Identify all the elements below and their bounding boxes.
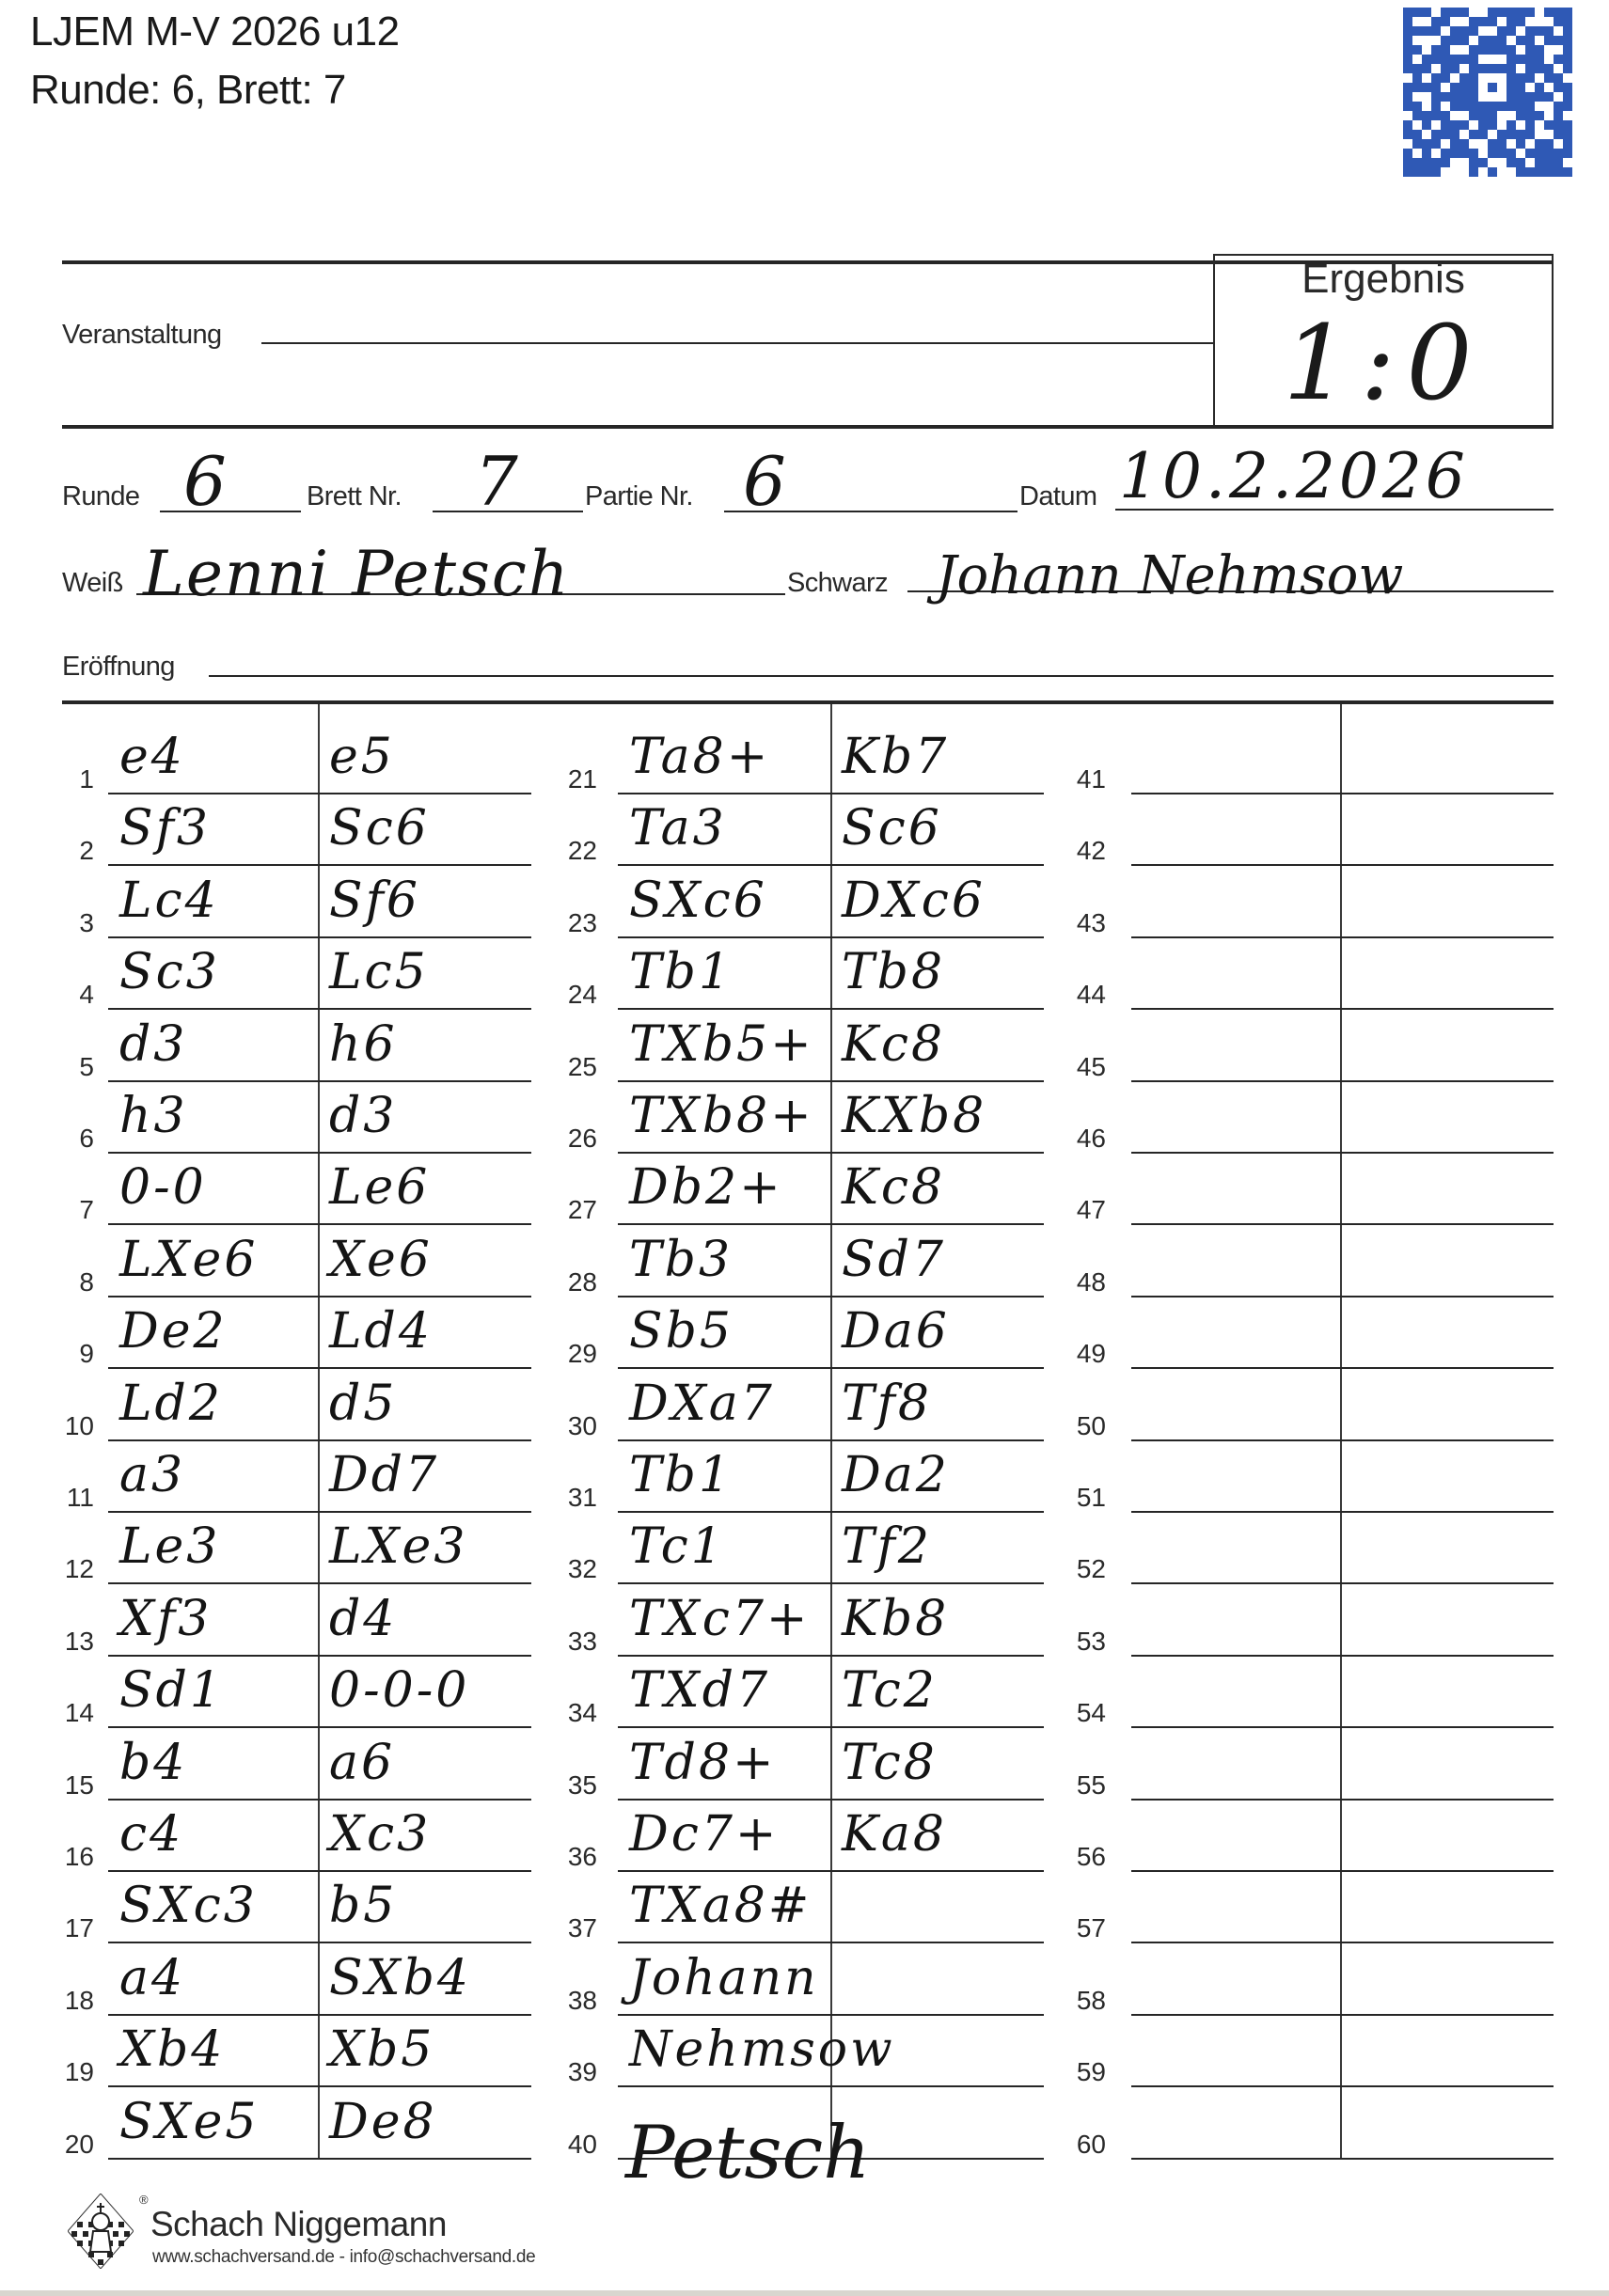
move-number: 10 <box>38 1411 94 1441</box>
column-divider <box>1340 704 1342 2158</box>
move-number: 49 <box>1049 1339 1106 1369</box>
black-move[interactable]: d4 <box>329 1591 397 1647</box>
move-line <box>618 1439 1044 1441</box>
white-move[interactable]: Xb4 <box>119 2021 225 2078</box>
white-move[interactable]: e4 <box>119 729 185 785</box>
date-value: 10.2.2026 <box>1119 440 1469 512</box>
black-move[interactable]: De8 <box>329 2094 437 2150</box>
black-move[interactable]: h6 <box>329 1016 398 1073</box>
black-move[interactable]: Tf8 <box>842 1376 932 1432</box>
black-player-name: Johann Nehmsow <box>936 545 1403 606</box>
result-value[interactable]: 1:0 <box>1215 303 1552 423</box>
qr-code-icon <box>1403 8 1572 177</box>
white-move[interactable]: Nehmsow <box>629 2021 895 2078</box>
move-number: 34 <box>541 1698 597 1728</box>
black-move[interactable]: Sf6 <box>329 873 420 929</box>
form-divider <box>62 425 1554 429</box>
move-number: 58 <box>1049 1986 1106 2016</box>
move-number: 3 <box>38 908 94 938</box>
move-line <box>108 1296 531 1297</box>
move-line <box>618 2085 1044 2087</box>
move-line <box>1131 1799 1554 1801</box>
move-number: 33 <box>541 1627 597 1657</box>
black-move[interactable]: Ld4 <box>329 1303 433 1360</box>
move-line <box>618 1942 1044 1943</box>
date-label: Datum <box>1019 481 1096 512</box>
white-move[interactable]: TXc7+ <box>629 1591 810 1647</box>
black-move[interactable]: Xe6 <box>329 1232 433 1288</box>
move-line <box>1131 1296 1554 1297</box>
move-line <box>618 1870 1044 1872</box>
move-number: 46 <box>1049 1124 1106 1154</box>
white-move[interactable]: Tb1 <box>629 1447 733 1503</box>
white-move[interactable]: a4 <box>119 1950 185 2006</box>
move-line <box>108 864 531 866</box>
move-line <box>618 1367 1044 1369</box>
move-number: 55 <box>1049 1770 1106 1801</box>
move-line <box>108 2158 531 2160</box>
move-line <box>618 1223 1044 1225</box>
black-label: Schwarz <box>787 568 888 599</box>
black-move[interactable]: a6 <box>329 1735 395 1791</box>
move-number: 16 <box>38 1842 94 1872</box>
move-number: 52 <box>1049 1554 1106 1584</box>
move-number: 6 <box>38 1124 94 1154</box>
footer-contact[interactable]: www.schachversand.de - info@schachversan… <box>152 2247 535 2268</box>
event-header-title: LJEM M-V 2026 u12 <box>30 8 400 56</box>
move-line <box>1131 864 1554 866</box>
black-move[interactable]: Da2 <box>842 1447 950 1503</box>
white-move[interactable]: Ld2 <box>119 1376 223 1432</box>
board-label: Brett Nr. <box>307 481 402 512</box>
white-move[interactable]: 0-0 <box>119 1159 207 1216</box>
move-number: 27 <box>541 1195 597 1225</box>
move-number: 2 <box>38 836 94 866</box>
move-line <box>108 2085 531 2087</box>
move-number: 18 <box>38 1986 94 2016</box>
white-move[interactable]: LXe6 <box>119 1232 258 1288</box>
move-number: 30 <box>541 1411 597 1441</box>
move-number: 57 <box>1049 1913 1106 1943</box>
move-number: 53 <box>1049 1627 1106 1657</box>
black-move[interactable]: 0-0-0 <box>329 1662 469 1719</box>
move-line <box>618 1655 1044 1657</box>
move-line <box>1131 1439 1554 1441</box>
page-edge <box>0 2290 1609 2296</box>
move-number: 40 <box>541 2130 597 2160</box>
move-number: 50 <box>1049 1411 1106 1441</box>
move-line <box>108 1942 531 1943</box>
move-line <box>1131 1152 1554 1154</box>
move-number: 23 <box>541 908 597 938</box>
white-move[interactable]: SXe5 <box>119 2094 260 2150</box>
white-move[interactable]: c4 <box>119 1806 183 1863</box>
white-move[interactable]: Sf3 <box>119 800 211 857</box>
white-move[interactable]: d3 <box>119 1016 187 1073</box>
black-move[interactable]: Kb8 <box>842 1591 949 1647</box>
move-number: 36 <box>541 1842 597 1872</box>
round-value: 6 <box>183 442 227 521</box>
white-move[interactable]: Tb3 <box>629 1232 733 1288</box>
black-move[interactable]: Xb5 <box>329 2021 434 2078</box>
move-line <box>1131 1655 1554 1657</box>
move-line <box>1131 1942 1554 1943</box>
move-line <box>108 936 531 938</box>
move-line <box>1131 1582 1554 1584</box>
event-header-round-board: Runde: 6, Brett: 7 <box>30 66 346 115</box>
move-line <box>108 1439 531 1441</box>
move-number: 35 <box>541 1770 597 1801</box>
result-label: Ergebnis <box>1215 256 1552 303</box>
move-line <box>108 1799 531 1801</box>
move-line <box>618 2014 1044 2016</box>
move-number: 24 <box>541 980 597 1010</box>
white-move[interactable]: Sb5 <box>629 1303 734 1360</box>
move-line <box>1131 1726 1554 1728</box>
white-move[interactable]: Lc4 <box>119 873 219 929</box>
black-move[interactable]: Sd7 <box>842 1232 946 1288</box>
white-move[interactable]: TXa8# <box>629 1878 812 1934</box>
move-number: 20 <box>38 2130 94 2160</box>
black-move[interactable]: d5 <box>329 1376 397 1432</box>
move-line <box>1131 1511 1554 1513</box>
white-move[interactable]: TXb8+ <box>629 1088 814 1144</box>
white-move[interactable]: a3 <box>119 1447 185 1503</box>
black-move[interactable]: Ka8 <box>842 1806 947 1863</box>
footer-brand: Schach Niggemann <box>150 2205 447 2244</box>
move-line <box>618 1296 1044 1297</box>
move-number: 12 <box>38 1554 94 1584</box>
registered-mark: ® <box>139 2193 149 2207</box>
game-value: 6 <box>743 442 786 521</box>
black-move[interactable]: Tf2 <box>842 1518 932 1575</box>
move-line <box>618 1799 1044 1801</box>
round-field[interactable] <box>160 511 301 512</box>
move-number: 1 <box>38 764 94 794</box>
move-number: 43 <box>1049 908 1106 938</box>
move-line <box>1131 936 1554 938</box>
white-move[interactable]: Ta8+ <box>629 729 770 785</box>
white-move[interactable]: TXb5+ <box>629 1016 814 1073</box>
move-number: 39 <box>541 2057 597 2087</box>
move-number: 32 <box>541 1554 597 1584</box>
white-move[interactable]: Le3 <box>119 1518 220 1575</box>
black-move[interactable]: Kb7 <box>842 729 949 785</box>
move-line <box>1131 2085 1554 2087</box>
event-label: Veranstaltung <box>62 320 222 351</box>
white-move[interactable]: Tc1 <box>629 1518 725 1575</box>
move-line <box>618 1152 1044 1154</box>
white-move[interactable]: b4 <box>119 1735 187 1791</box>
black-move[interactable]: DXc6 <box>842 873 986 929</box>
black-move[interactable]: SXb4 <box>329 1950 471 2006</box>
move-line <box>1131 2014 1554 2016</box>
black-move[interactable]: e5 <box>329 729 395 785</box>
move-number: 7 <box>38 1195 94 1225</box>
white-move[interactable]: SXc3 <box>119 1878 258 1934</box>
move-line <box>618 1008 1044 1010</box>
move-line <box>618 1582 1044 1584</box>
move-number: 17 <box>38 1913 94 1943</box>
move-number: 14 <box>38 1698 94 1728</box>
move-number: 41 <box>1049 764 1106 794</box>
black-move[interactable]: Kc8 <box>842 1016 945 1073</box>
board-value: 7 <box>475 442 518 521</box>
move-number: 13 <box>38 1627 94 1657</box>
move-line <box>1131 793 1554 794</box>
black-move[interactable]: d3 <box>329 1088 397 1144</box>
move-number: 22 <box>541 836 597 866</box>
move-line <box>108 1582 531 1584</box>
black-move[interactable]: Tc8 <box>842 1735 938 1791</box>
black-move[interactable]: Sc6 <box>842 800 942 857</box>
column-divider <box>318 704 320 2158</box>
move-number: 21 <box>541 764 597 794</box>
move-number: 38 <box>541 1986 597 2016</box>
white-move[interactable]: Ta3 <box>629 800 727 857</box>
move-line <box>108 1223 531 1225</box>
move-line <box>108 1367 531 1369</box>
black-move[interactable]: Kc8 <box>842 1159 945 1216</box>
white-signature: Petsch <box>625 2111 870 2195</box>
black-move[interactable]: Le6 <box>329 1159 430 1216</box>
move-line <box>618 936 1044 938</box>
move-number: 60 <box>1049 2130 1106 2160</box>
white-player-name: Lenni Petsch <box>143 538 570 610</box>
move-line <box>618 1080 1044 1082</box>
move-number: 15 <box>38 1770 94 1801</box>
opening-label: Eröffnung <box>62 652 175 683</box>
move-number: 11 <box>38 1483 94 1513</box>
black-move[interactable]: Tc2 <box>842 1662 938 1719</box>
move-line <box>108 1655 531 1657</box>
white-move[interactable]: Xf3 <box>119 1591 212 1647</box>
move-line <box>618 864 1044 866</box>
move-number: 4 <box>38 980 94 1010</box>
black-move[interactable]: Lc5 <box>329 944 429 1000</box>
white-move[interactable]: SXc6 <box>629 873 767 929</box>
black-move[interactable]: Xc3 <box>329 1806 431 1863</box>
black-move[interactable]: Tb8 <box>842 944 945 1000</box>
black-move[interactable]: KXb8 <box>842 1088 986 1144</box>
game-label: Partie Nr. <box>585 481 693 512</box>
white-move[interactable]: Dc7+ <box>629 1806 779 1863</box>
move-number: 31 <box>541 1483 597 1513</box>
move-number: 54 <box>1049 1698 1106 1728</box>
move-number: 9 <box>38 1339 94 1369</box>
move-number: 56 <box>1049 1842 1106 1872</box>
move-line <box>108 1008 531 1010</box>
move-line <box>108 1870 531 1872</box>
white-move[interactable]: Sd1 <box>119 1662 224 1719</box>
move-line <box>618 1726 1044 1728</box>
result-box: Ergebnis 1:0 <box>1213 254 1554 425</box>
move-number: 19 <box>38 2057 94 2087</box>
chess-king-logo-icon <box>68 2194 134 2269</box>
moves-top-rule <box>62 700 1554 704</box>
move-number: 25 <box>541 1052 597 1082</box>
move-line <box>1131 1008 1554 1010</box>
round-label: Runde <box>62 481 139 512</box>
white-move[interactable]: Db2+ <box>629 1159 783 1216</box>
white-move[interactable]: TXd7 <box>629 1662 770 1719</box>
move-line <box>1131 1223 1554 1225</box>
move-line <box>618 793 1044 794</box>
move-number: 29 <box>541 1339 597 1369</box>
column-divider <box>830 704 832 2158</box>
black-move[interactable]: Da6 <box>842 1303 950 1360</box>
move-line <box>618 1511 1044 1513</box>
move-line <box>1131 2158 1554 2160</box>
white-move[interactable]: Tb1 <box>629 944 733 1000</box>
move-number: 5 <box>38 1052 94 1082</box>
move-line <box>1131 1870 1554 1872</box>
black-move[interactable]: Dd7 <box>329 1447 439 1503</box>
white-move[interactable]: Td8+ <box>629 1735 777 1791</box>
move-line <box>108 793 531 794</box>
white-move[interactable]: h3 <box>119 1088 188 1144</box>
move-line <box>1131 1367 1554 1369</box>
move-line <box>108 1726 531 1728</box>
white-move[interactable]: De2 <box>119 1303 228 1360</box>
move-number: 26 <box>541 1124 597 1154</box>
move-number: 47 <box>1049 1195 1106 1225</box>
move-line <box>108 2014 531 2016</box>
move-number: 8 <box>38 1267 94 1297</box>
move-number: 28 <box>541 1267 597 1297</box>
white-move[interactable]: Sc3 <box>119 944 220 1000</box>
move-line <box>108 1080 531 1082</box>
black-move[interactable]: Sc6 <box>329 800 430 857</box>
move-number: 51 <box>1049 1483 1106 1513</box>
move-number: 45 <box>1049 1052 1106 1082</box>
move-line <box>108 1511 531 1513</box>
white-move[interactable]: Johann <box>629 1950 819 2006</box>
white-label: Weiß <box>62 568 123 599</box>
move-number: 42 <box>1049 836 1106 866</box>
move-number: 44 <box>1049 980 1106 1010</box>
white-move[interactable]: DXa7 <box>629 1376 775 1432</box>
opening-field[interactable] <box>209 675 1554 677</box>
move-number: 37 <box>541 1913 597 1943</box>
move-number: 59 <box>1049 2057 1106 2087</box>
move-line <box>108 1152 531 1154</box>
move-line <box>1131 1080 1554 1082</box>
black-move[interactable]: b5 <box>329 1878 397 1934</box>
black-move[interactable]: LXe3 <box>329 1518 467 1575</box>
move-number: 48 <box>1049 1267 1106 1297</box>
event-field[interactable] <box>261 342 1213 344</box>
